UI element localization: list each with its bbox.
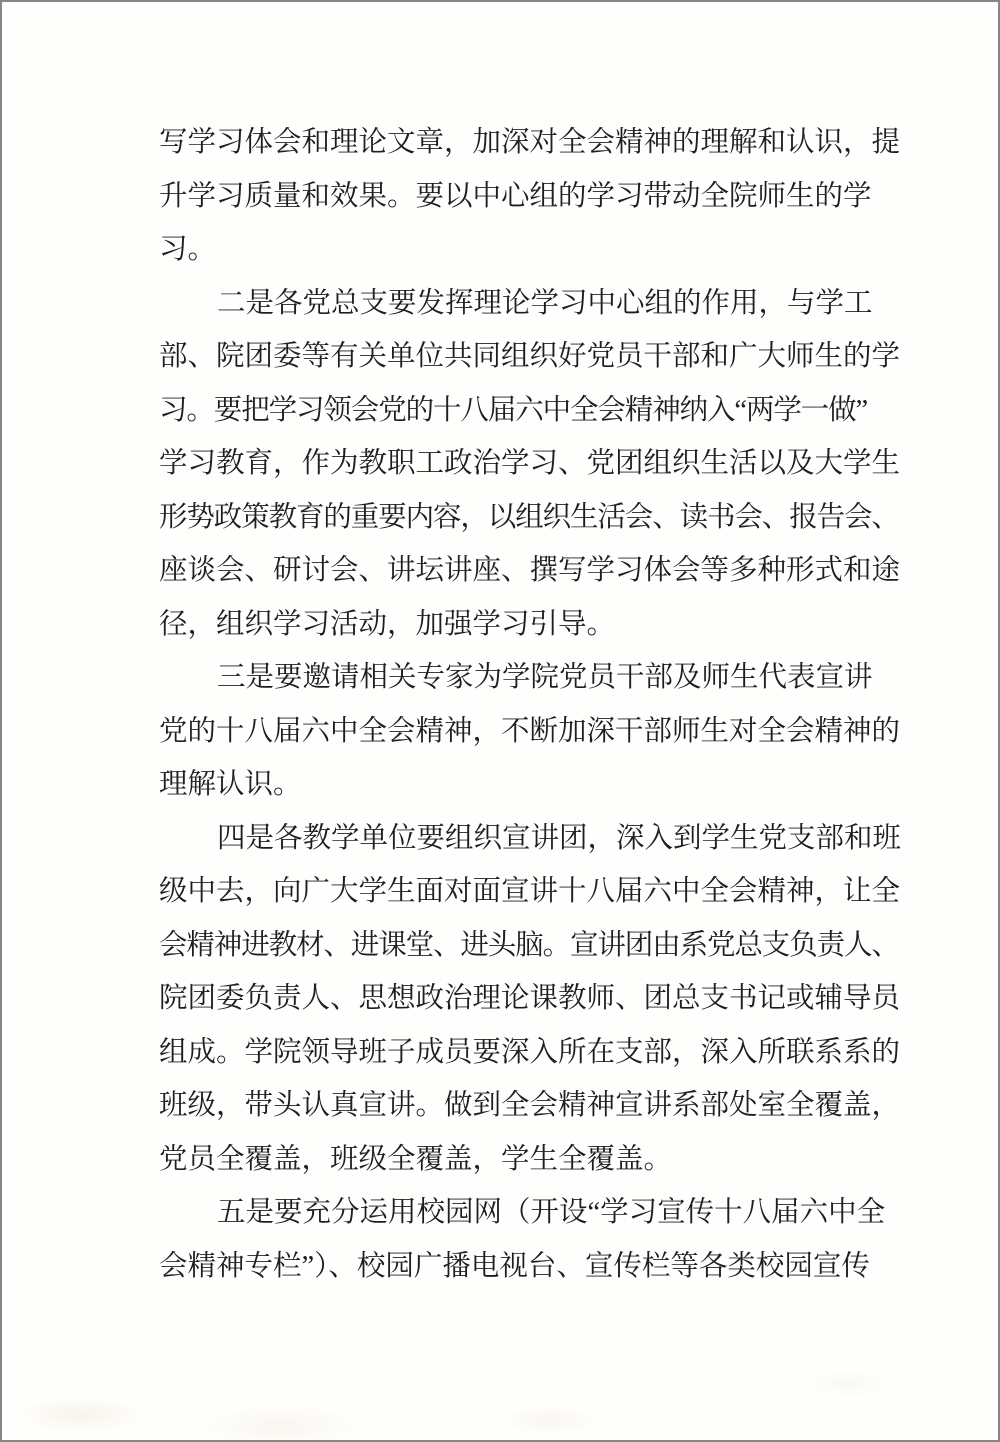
text-line: 二是各党总支要发挥理论学习中心组的作用，与学工 <box>159 277 939 331</box>
text-line: 部、院团委等有关单位共同组织好党员干部和广大师生的学 <box>159 330 939 384</box>
text-line: 径，组织学习活动，加强学习引导。 <box>159 598 939 652</box>
document-text: 写学习体会和理论文章，加深对全会精神的理解和认识，提升学习质量和效果。要以中心组… <box>159 116 939 1293</box>
text-line: 会精神专栏”）、校园广播电视台、宣传栏等各类校园宣传 <box>159 1240 939 1294</box>
text-line: 习。 <box>159 223 939 277</box>
text-line: 习。要把学习领会党的十八届六中全会精神纳入“两学一做” <box>159 384 939 438</box>
scan-stain-artifact <box>2 1300 998 1440</box>
text-line: 级中去，向广大学生面对面宣讲十八届六中全会精神，让全 <box>159 865 939 919</box>
text-line: 四是各教学单位要组织宣讲团，深入到学生党支部和班 <box>159 812 939 866</box>
text-line: 学习教育，作为教职工政治学习、党团组织生活以及大学生 <box>159 437 939 491</box>
text-line: 党的十八届六中全会精神，不断加深干部师生对全会精神的 <box>159 705 939 759</box>
text-line: 五是要充分运用校园网（开设“学习宣传十八届六中全 <box>159 1186 939 1240</box>
text-line: 会精神进教材、进课堂、进头脑。宣讲团由系党总支负责人、 <box>159 919 939 973</box>
text-line: 班级，带头认真宣讲。做到全会精神宣讲系部处室全覆盖， <box>159 1079 939 1133</box>
text-line: 理解认识。 <box>159 758 939 812</box>
text-line: 形势政策教育的重要内容，以组织生活会、读书会、报告会、 <box>159 491 939 545</box>
text-line: 写学习体会和理论文章，加深对全会精神的理解和认识，提 <box>159 116 939 170</box>
text-line: 党员全覆盖，班级全覆盖，学生全覆盖。 <box>159 1133 939 1187</box>
document-page: 写学习体会和理论文章，加深对全会精神的理解和认识，提升学习质量和效果。要以中心组… <box>0 0 1000 1442</box>
text-line: 组成。学院领导班子成员要深入所在支部，深入所联系系的 <box>159 1026 939 1080</box>
text-line: 升学习质量和效果。要以中心组的学习带动全院师生的学 <box>159 170 939 224</box>
text-line: 座谈会、研讨会、讲坛讲座、撰写学习体会等多种形式和途 <box>159 544 939 598</box>
text-line: 三是要邀请相关专家为学院党员干部及师生代表宣讲 <box>159 651 939 705</box>
text-line: 院团委负责人、思想政治理论课教师、团总支书记或辅导员 <box>159 972 939 1026</box>
